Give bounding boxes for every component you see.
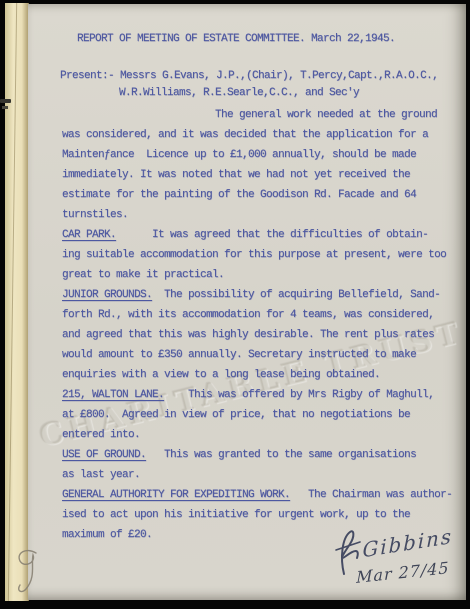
section-line-walton-lane: 215, WALTON LANE. This was offered by Mr…	[62, 385, 462, 405]
typewritten-text-layer: REPORT OF MEETING OF ESTATE COMMITTEE. M…	[0, 0, 470, 609]
section-heading: CAR PARK.	[62, 229, 116, 241]
body-line: The general work needed at the ground	[62, 105, 462, 125]
body-text: The general work needed at the ground wa…	[62, 105, 462, 545]
section-line-use-of-ground: USE OF GROUND. This was granted to the s…	[62, 445, 462, 465]
section-heading: USE OF GROUND.	[62, 449, 146, 461]
body-line: as last year.	[62, 465, 462, 485]
section-line-general-authority: GENERAL AUTHORITY FOR EXPEDITING WORK. T…	[62, 485, 462, 505]
present-line-2: W.R.Williams, R.E.Searle,C.C., and Sec'y	[119, 87, 359, 99]
body-line: enquiries with a view to a long lease be…	[62, 365, 462, 385]
section-text: This was offered by Mrs Rigby of Maghull…	[164, 389, 434, 401]
present-line-1: Present:- Messrs G.Evans, J.P.,(Chair), …	[60, 70, 438, 82]
document-title: REPORT OF MEETING OF ESTATE COMMITTEE. M…	[77, 33, 395, 45]
scanned-minute-book-page: CHARITABLE TRUST REPORT OF MEETING OF ES…	[0, 0, 470, 609]
section-heading: GENERAL AUTHORITY FOR EXPEDITING WORK.	[62, 489, 290, 501]
body-line: would amount to £350 annually. Secretary…	[62, 345, 462, 365]
body-line: estimate for the painting of the Goodiso…	[62, 185, 462, 205]
section-heading: JUNIOR GROUNDS.	[62, 289, 152, 301]
body-line: Maintenƒance Licence up to £1,000 annual…	[62, 145, 462, 165]
body-line: entered into.	[62, 425, 462, 445]
pencil-mark	[6, 545, 54, 605]
body-line: was considered, and it was decided that …	[62, 125, 462, 145]
section-line-car-park: CAR PARK. It was agreed that the difficu…	[62, 225, 462, 245]
section-text: It was agreed that the difficulties of o…	[116, 229, 428, 241]
section-text: The Chairman was author-	[290, 489, 452, 501]
body-line: ised to act upon his initiative for urge…	[62, 505, 462, 525]
body-line: at £800. Agreed in view of price, that n…	[62, 405, 462, 425]
body-line: immediately. It was noted that we had no…	[62, 165, 462, 185]
body-line: turnstiles.	[62, 205, 462, 225]
body-line: great to make it practical.	[62, 265, 462, 285]
body-line: forth Rd., with its accommodation for 4 …	[62, 305, 462, 325]
section-line-junior-grounds: JUNIOR GROUNDS. The possibility of acqui…	[62, 285, 462, 305]
body-line: and agreed that this was highly desirabl…	[62, 325, 462, 345]
section-heading: 215, WALTON LANE.	[62, 389, 164, 401]
section-text: This was granted to the same organisatio…	[146, 449, 416, 461]
body-line: ing suitable accommodation for this purp…	[62, 245, 462, 265]
section-text: The possibility of acquiring Bellefield,…	[152, 289, 440, 301]
